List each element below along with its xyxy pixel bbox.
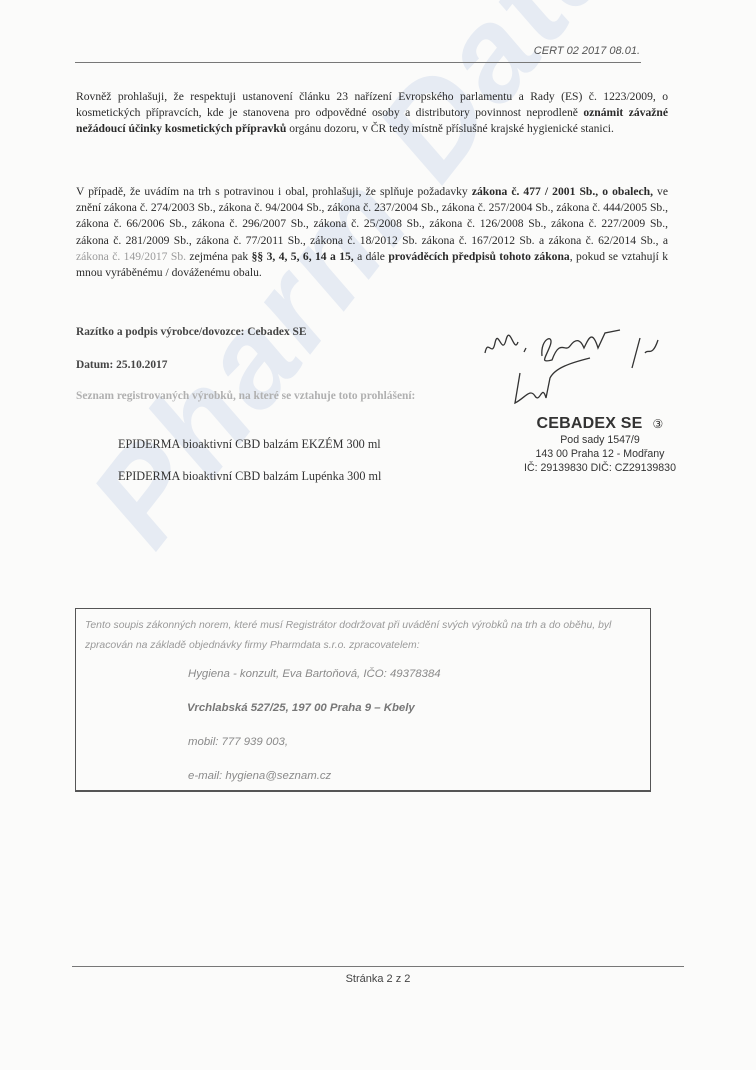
processor-mobile: mobil: 777 939 003, [188,736,288,748]
stamp-company-name: CEBADEX SE③ [510,415,690,433]
stamp-city: 143 00 Praha 12 - Modřany [510,447,690,461]
paragraph-cosmetics-regulation: Rovněž prohlašuji, že respektuji ustanov… [76,89,668,138]
registered-mark-icon: ③ [653,417,664,431]
product-item: EPIDERMA bioaktivní CBD balzám EKZÉM 300… [118,437,381,452]
processor-email: e-mail: hygiena@seznam.cz [188,770,331,782]
company-stamp: CEBADEX SE③ Pod sady 1547/9 143 00 Praha… [510,415,690,475]
document-code: CERT 02 2017 08.01. [490,45,640,57]
watermark: Pharm Data s.r.o. [60,0,756,572]
date-label: Datum: 25.10.2017 [76,359,167,371]
product-item: EPIDERMA bioaktivní CBD balzám Lupénka 3… [118,469,381,484]
handwritten-signature [480,318,680,408]
header-rule [75,62,641,63]
processor-company: Hygiena - konzult, Eva Bartoňová, IČO: 4… [188,668,441,680]
processor-info-box: Tento soupis zákonných norem, které musí… [75,608,651,792]
info-box-intro: Tento soupis zákonných norem, které musí… [85,616,645,656]
paragraph-packaging-law: V případě, že uvádím na trh s potravinou… [76,184,668,281]
page-number: Stránka 2 z 2 [0,973,756,985]
stamp-street: Pod sady 1547/9 [510,433,690,447]
stamp-ids: IČ: 29139830 DIČ: CZ29139830 [510,461,690,475]
processor-address: Vrchlabská 527/25, 197 00 Praha 9 – Kbel… [187,702,415,714]
stamp-signature-label: Razítko a podpis výrobce/dovozce: Cebade… [76,326,306,338]
product-list-label: Seznam registrovaných výrobků, na které … [76,390,415,402]
footer-rule [72,966,684,967]
